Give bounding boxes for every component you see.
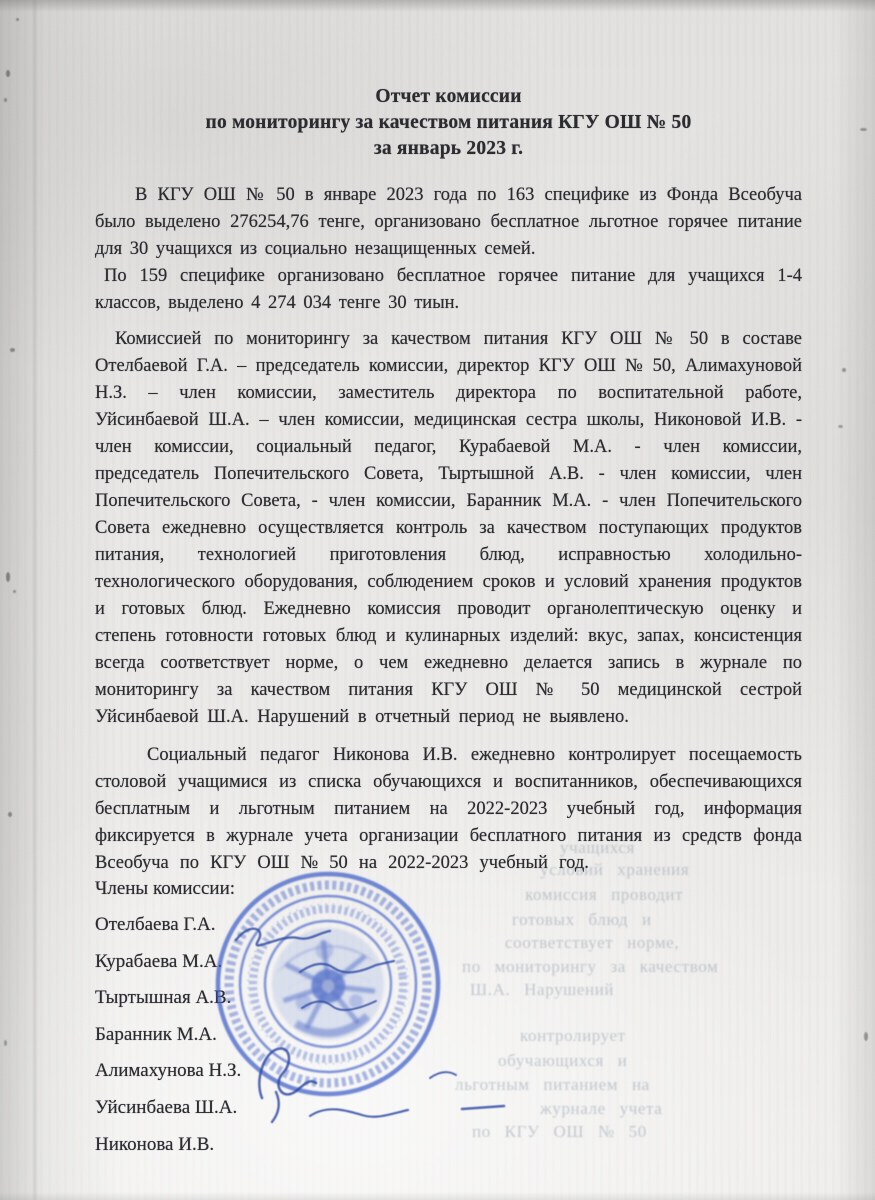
signature-stroke	[462, 1106, 504, 1109]
handwritten-signatures	[0, 0, 875, 1200]
signature-stroke	[259, 1048, 316, 1098]
scanned-document-page: учащихся условий хранения комиссия прово…	[0, 0, 875, 1200]
signature-stroke	[310, 1109, 408, 1116]
signature-stroke	[300, 961, 394, 972]
signature-stroke	[272, 1092, 279, 1122]
signature-stroke	[236, 929, 330, 946]
signature-stroke	[302, 1001, 376, 1010]
signature-stroke	[430, 1072, 456, 1078]
